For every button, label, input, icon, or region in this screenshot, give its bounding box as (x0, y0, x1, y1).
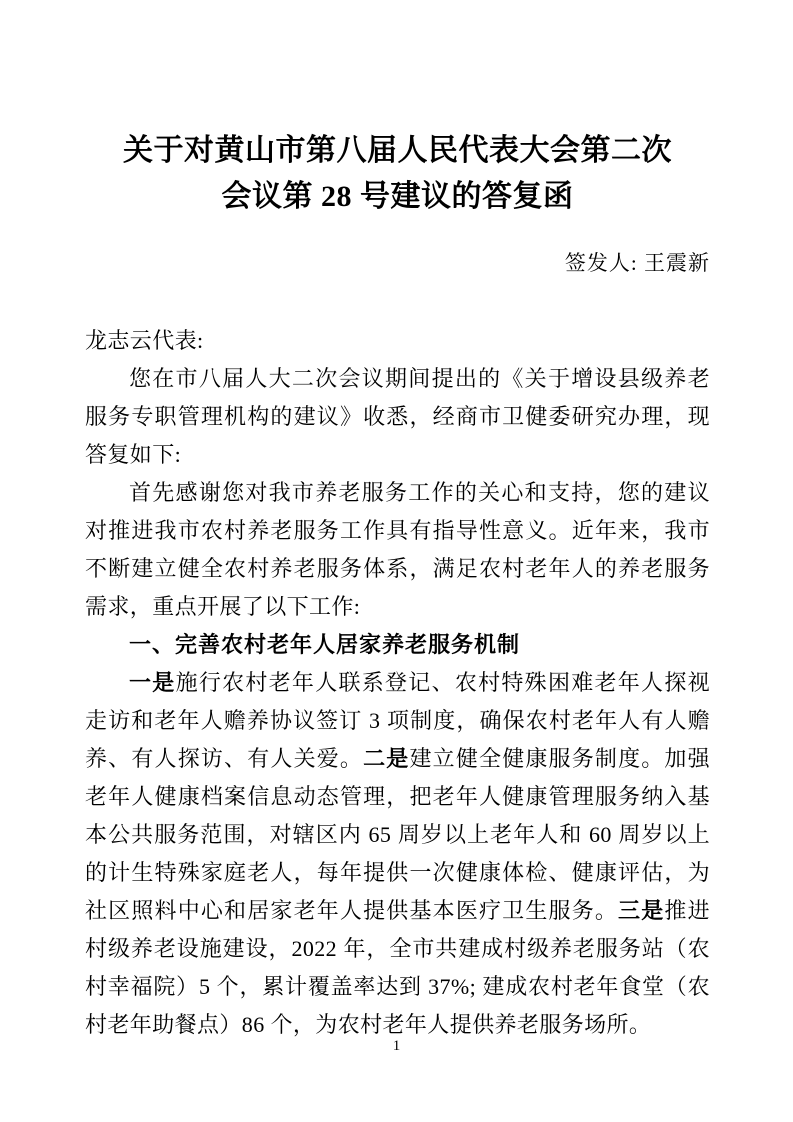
paragraph-normal: 首先感谢您对我市养老服务工作的关心和支持，您的建议对推进我市农村养老服务工作具有… (85, 474, 710, 626)
text-segment-bold: 一、完善农村老年人居家养老服务机制 (129, 632, 520, 657)
document-title-line-2: 会议第 28 号建议的答复函 (85, 174, 710, 220)
text-segment-bold: 三是 (618, 898, 664, 923)
text-segment: 建立健全健康服务制度。加强老年人健康档案信息动态管理，把老年人健康管理服务纳入基… (85, 746, 710, 923)
signer-line: 签发人: 王震新 (85, 248, 710, 278)
document-page: 关于对黄山市第八届人民代表大会第二次 会议第 28 号建议的答复函 签发人: 王… (0, 0, 793, 1122)
text-segment: 龙志云代表: (85, 328, 204, 353)
paragraph-normal: 一是施行农村老年人联系登记、农村特殊困难老年人探视走访和老年人赡养协议签订 3 … (85, 664, 710, 1044)
text-segment: 首先感谢您对我市养老服务工作的关心和支持，您的建议对推进我市农村养老服务工作具有… (85, 480, 710, 619)
paragraph-heading: 一、完善农村老年人居家养老服务机制 (85, 626, 710, 664)
document-title-line-1: 关于对黄山市第八届人民代表大会第二次 (85, 128, 710, 174)
text-segment: 您在市八届人大二次会议期间提出的《关于增设县级养老服务专职管理机构的建议》收悉，… (85, 366, 710, 467)
document-title: 关于对黄山市第八届人民代表大会第二次 会议第 28 号建议的答复函 (85, 0, 710, 220)
page-number: 1 (0, 1036, 793, 1056)
paragraph-salutation: 龙志云代表: (85, 322, 710, 360)
text-segment-bold: 一是 (129, 670, 176, 695)
paragraph-normal: 您在市八届人大二次会议期间提出的《关于增设县级养老服务专职管理机构的建议》收悉，… (85, 360, 710, 474)
document-content: 关于对黄山市第八届人民代表大会第二次 会议第 28 号建议的答复函 签发人: 王… (0, 0, 793, 1044)
text-segment-bold: 二是 (363, 746, 409, 771)
document-body: 龙志云代表:您在市八届人大二次会议期间提出的《关于增设县级养老服务专职管理机构的… (85, 322, 710, 1044)
